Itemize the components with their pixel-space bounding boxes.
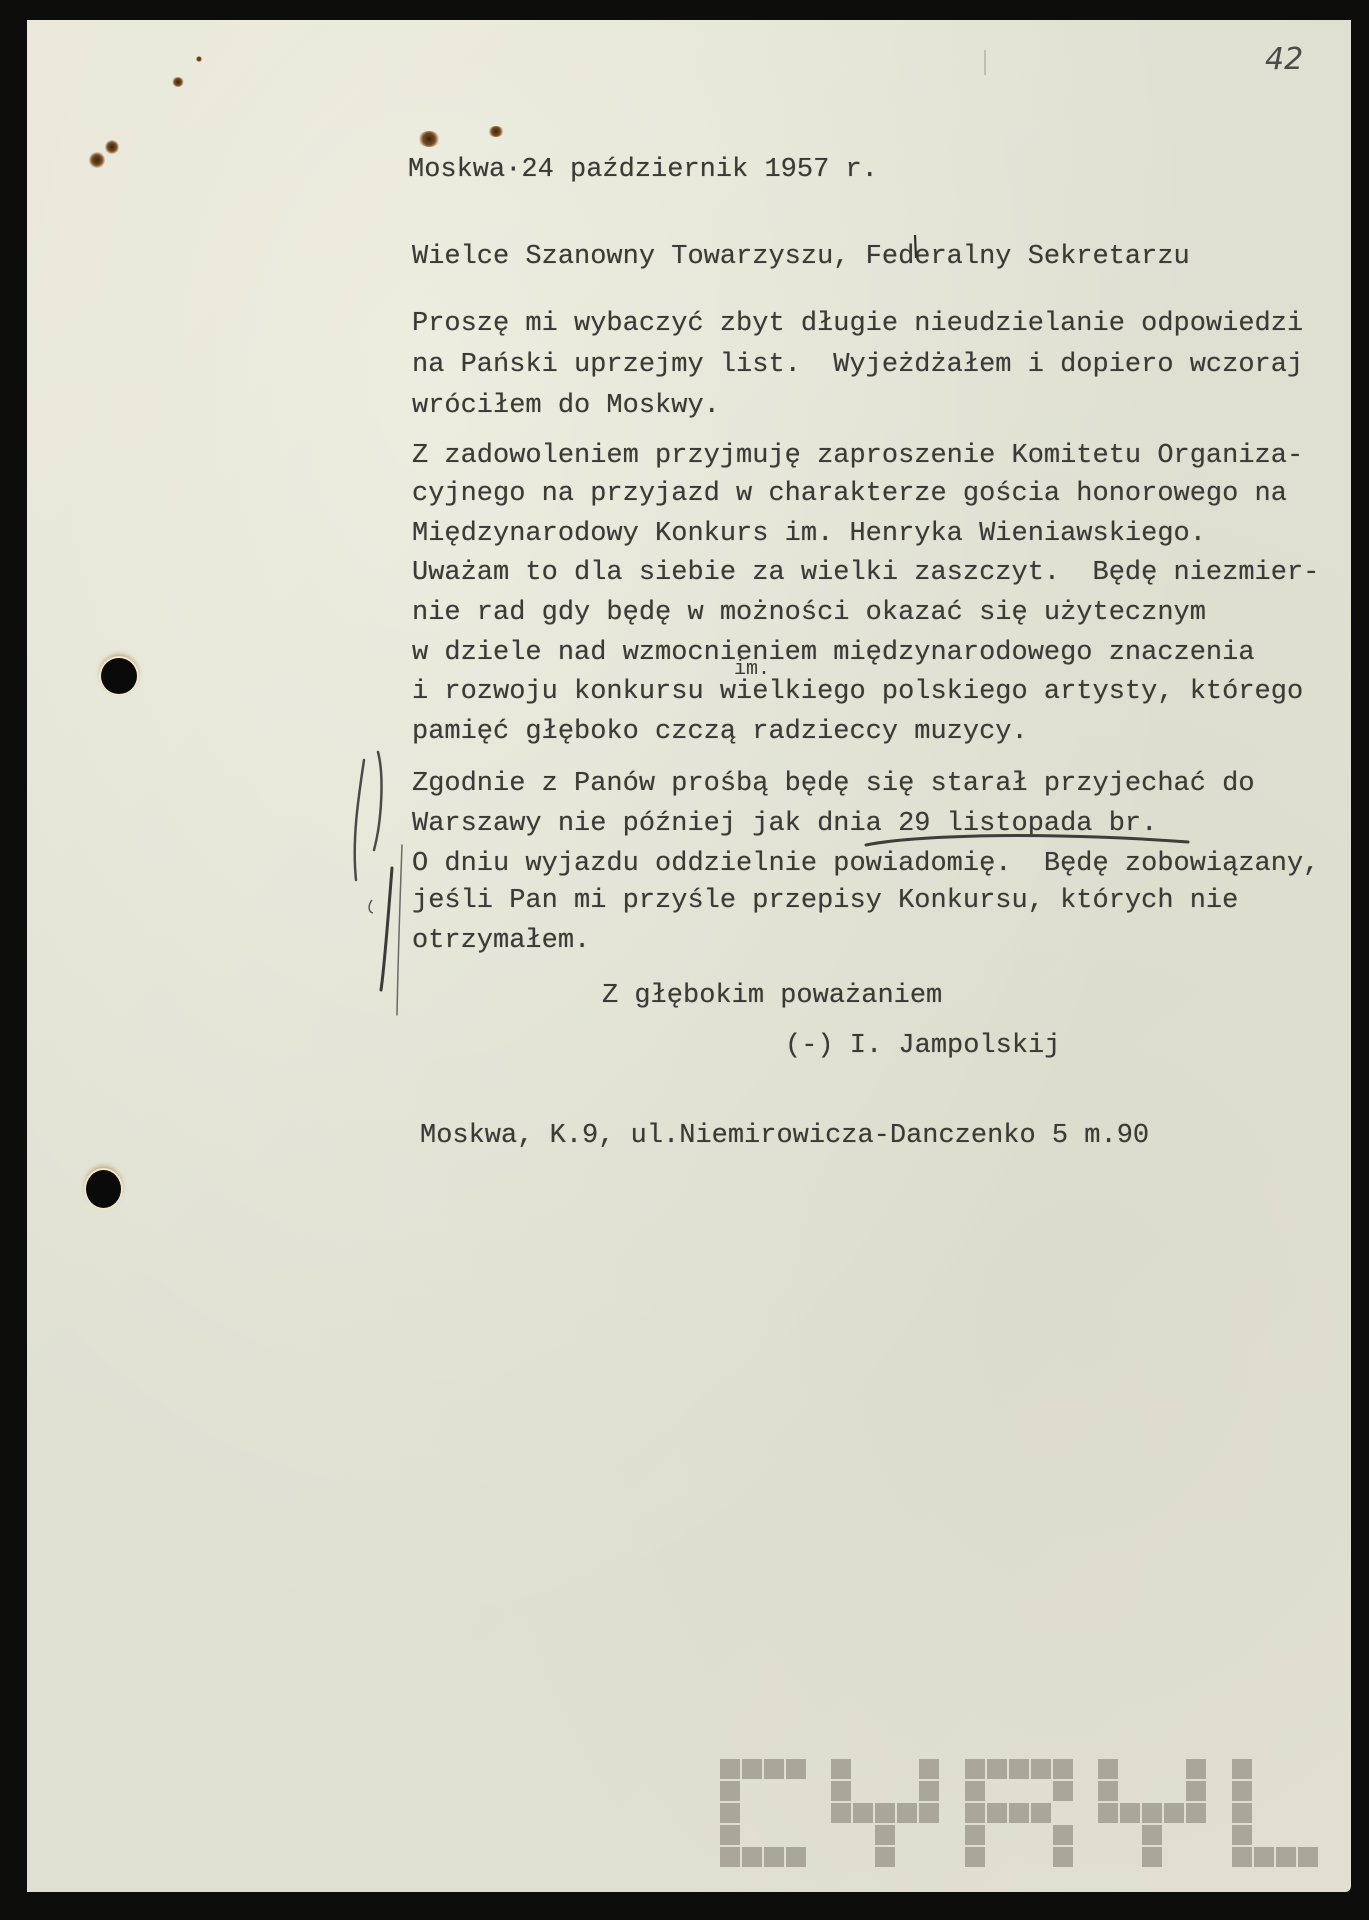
- watermark-block: [1232, 1759, 1252, 1779]
- watermark-block: [875, 1803, 895, 1823]
- watermark-block: [853, 1803, 873, 1823]
- margin-line-mark: [397, 845, 402, 1015]
- watermark-block: [764, 1847, 784, 1867]
- watermark-block: [720, 1781, 740, 1801]
- watermark-block: [1254, 1847, 1274, 1867]
- watermark-block: [1232, 1847, 1252, 1867]
- watermark-block: [875, 1825, 895, 1845]
- watermark-block: [987, 1759, 1007, 1779]
- watermark-block: [742, 1847, 762, 1867]
- watermark-block: [831, 1781, 851, 1801]
- watermark-block: [1232, 1781, 1252, 1801]
- watermark-block: [742, 1759, 762, 1779]
- margin-line-mark: [381, 868, 392, 990]
- watermark-block: [897, 1803, 917, 1823]
- watermark-block: [1142, 1825, 1162, 1845]
- watermark-block: [965, 1803, 985, 1823]
- watermark-block: [764, 1759, 784, 1779]
- watermark-block: [1031, 1759, 1051, 1779]
- ink-correction-mark: [915, 235, 916, 258]
- watermark-block: [1098, 1759, 1118, 1779]
- watermark-block: [1186, 1803, 1206, 1823]
- watermark-block: [1186, 1759, 1206, 1779]
- watermark-block: [1053, 1847, 1073, 1867]
- watermark-block: [965, 1781, 985, 1801]
- watermark-block: [919, 1759, 939, 1779]
- watermark-block: [720, 1803, 740, 1823]
- watermark-block: [1120, 1803, 1140, 1823]
- watermark-block: [720, 1847, 740, 1867]
- watermark-block: [965, 1759, 985, 1779]
- watermark-block: [786, 1847, 806, 1867]
- watermark-block: [1098, 1781, 1118, 1801]
- watermark-block: [1232, 1803, 1252, 1823]
- watermark-block: [1098, 1803, 1118, 1823]
- watermark-block: [1298, 1847, 1318, 1867]
- watermark-block: [831, 1803, 851, 1823]
- watermark-block: [1053, 1759, 1073, 1779]
- watermark-block: [965, 1825, 985, 1845]
- watermark-block: [1142, 1803, 1162, 1823]
- underline-mark: [866, 835, 1188, 845]
- watermark-block: [1186, 1781, 1206, 1801]
- watermark-block: [786, 1759, 806, 1779]
- handwritten-marks: [0, 0, 1369, 1920]
- watermark-block: [965, 1847, 985, 1867]
- watermark-block: [831, 1759, 851, 1779]
- watermark-block: [919, 1803, 939, 1823]
- margin-line-mark: [374, 752, 381, 850]
- watermark-block: [720, 1825, 740, 1845]
- watermark-block: [1053, 1781, 1073, 1801]
- margin-line-mark: [355, 760, 364, 880]
- watermark-block: [987, 1803, 1007, 1823]
- watermark-block: [1031, 1803, 1051, 1823]
- watermark-block: [1053, 1825, 1073, 1845]
- margin-line-mark: [369, 900, 373, 913]
- watermark-block: [875, 1847, 895, 1867]
- watermark-block: [720, 1759, 740, 1779]
- watermark-block: [1142, 1847, 1162, 1867]
- watermark-block: [1276, 1847, 1296, 1867]
- watermark-block: [1164, 1803, 1184, 1823]
- watermark-block: [1009, 1759, 1029, 1779]
- watermark-block: [1009, 1803, 1029, 1823]
- watermark-block: [919, 1781, 939, 1801]
- watermark-block: [1232, 1825, 1252, 1845]
